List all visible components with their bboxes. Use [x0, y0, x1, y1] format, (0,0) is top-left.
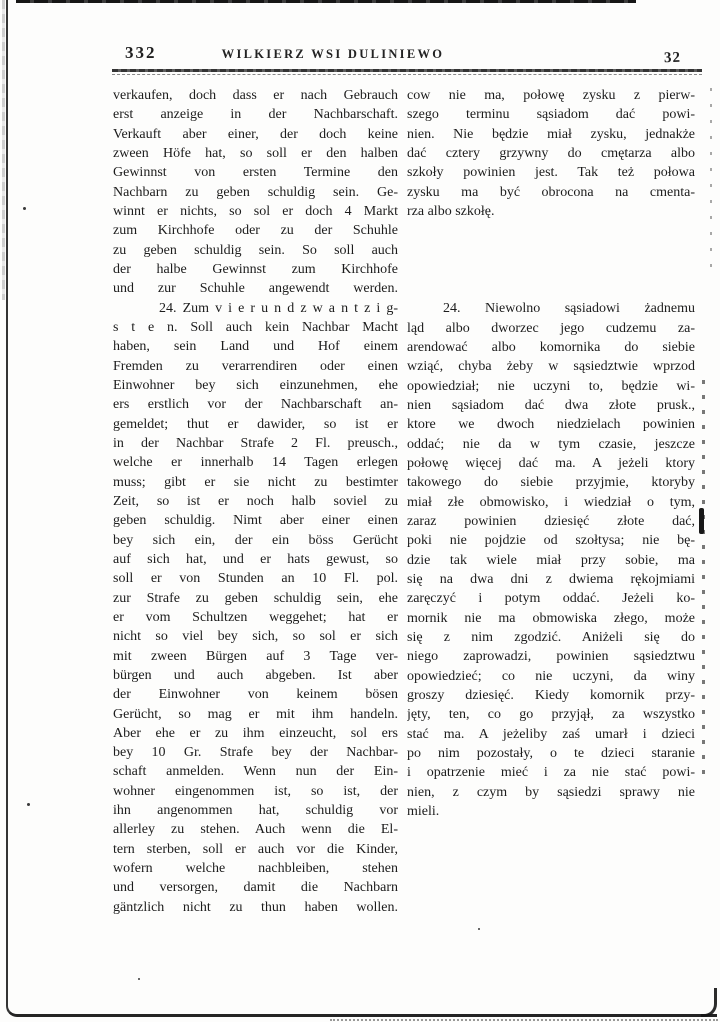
- text-line: geben schuldig. Nimt aber einer einen: [113, 511, 398, 530]
- text-line: Zeit, so ist er noch halb soviel zu: [113, 492, 398, 511]
- text-line: wziąć, chyba żeby w sąsiedztwie wprzod: [407, 357, 695, 376]
- text-line: auf sich hat, und er hats gewust, so: [113, 550, 398, 569]
- text-line: s t e n. Soll auch kein Nachbar Macht: [113, 318, 398, 337]
- page-number-right: 32: [664, 50, 682, 68]
- text-line: der Einwohner von keinem bösen: [113, 685, 398, 704]
- text-line: Gewinnst von ersten Termine den: [113, 163, 398, 182]
- text-line: się z nim zgodzić. Aniżeli się do: [407, 628, 695, 647]
- text-line: zaraz powinien dziesięć złote dać,: [407, 512, 695, 531]
- text-line: Gerücht, so mag er mit ihm handeln.: [113, 705, 398, 724]
- text-line: bürgen und auch abgeben. Ist aber: [113, 666, 398, 685]
- text-line: wofern welche nachbleiben, stehen: [113, 859, 398, 878]
- text-line: gemeldet; thut er dawider, so ist er: [113, 415, 398, 434]
- text-line: po nim pozostały, o te dzieci staranie: [407, 744, 695, 763]
- text-line: cow nie ma, połowę zysku z pierw-: [407, 86, 695, 105]
- text-line: ihn angenommen hat, schuldig vor: [113, 801, 398, 820]
- text-line: arendować albo komornika do siebie: [407, 338, 695, 357]
- scan-dots-bottom: [330, 1019, 718, 1021]
- text-line: bey sich ein, der ein böss Gerücht: [113, 531, 398, 550]
- text-line: ktore we dwoch niedzielach powinien: [407, 415, 695, 434]
- text-line: Einwohner bey sich einzunehmen, ehe: [113, 376, 398, 395]
- text-line: groszy dziesięć. Kiedy komornik przy-: [407, 686, 695, 705]
- text-line: gäntzlich nicht zu thun haben wollen.: [113, 898, 398, 917]
- text-line: verkaufen, doch dass er nach Gebrauch: [113, 86, 398, 105]
- paragraph: cow nie ma, połowę zysku z pierw-szego t…: [407, 86, 695, 221]
- text-line: nien, z czym by sąsiedzi sprawy nie: [407, 783, 695, 802]
- text-line: in der Nachbar Strafe 2 Fl. preusch.,: [113, 434, 398, 453]
- text-line: und versorgen, damit die Nachbarn: [113, 878, 398, 897]
- scanned-book-page: { "header": { "page_number_left": "332",…: [0, 0, 720, 1022]
- scan-speck: [478, 928, 480, 930]
- text-line: szego terminu sąsiadom dać powi-: [407, 105, 695, 124]
- text-line: 24. Niewolno sąsiadowi żadnemu: [407, 299, 695, 318]
- text-line: der halbe Gewinnst zum Kirchhofe: [113, 260, 398, 279]
- text-line: nien. Nie będzie miał zysku, jednakże: [407, 125, 695, 144]
- text-line: soll er von Stunden an 10 Fl. pol.: [113, 569, 398, 588]
- text-line: poki nie pojdzie od szołtysa; nie bę-: [407, 531, 695, 550]
- text-line: ers erstlich vor der Nachbarschaft an-: [113, 395, 398, 414]
- text-line: zum Kirchhofe oder zu der Schuhle: [113, 221, 398, 240]
- text-line: nien sąsiadom dać dwa złote prusk.,: [407, 396, 695, 415]
- scan-edge-fuzz: [2, 0, 5, 300]
- text-line: Verkauft aber einer, der doch keine: [113, 125, 398, 144]
- text-line: ląd albo dworzec jego cudzemu za-: [407, 319, 695, 338]
- scan-speck: [23, 207, 26, 210]
- text-line: mit zween Bürgen auf 3 Tage ver-: [113, 647, 398, 666]
- text-line: połowę więcej dać ma. A jeżeli ktory: [407, 454, 695, 473]
- text-line: 24. Zum v i e r u n d z w a n t z i g-: [113, 299, 398, 318]
- scan-edge-bottom-right-hook: [701, 988, 717, 1017]
- scan-speck: [138, 978, 140, 980]
- scan-speck: [27, 803, 30, 806]
- text-line: schaft anmelden. Wenn nun der Ein-: [113, 762, 398, 781]
- scan-edge-top: [16, 0, 636, 3]
- text-line: szkoły powinien jest. Tak też połowa: [407, 163, 695, 182]
- text-line: opowiedział; nie uczyni to, będzie wi-: [407, 377, 695, 396]
- text-line: zaręczyć i potym oddać. Jeżeli ko-: [407, 589, 695, 608]
- running-head-title: WILKIERZ WSI DULINIEWO: [113, 47, 553, 62]
- text-line: haben, sein Land und Hof einem: [113, 337, 398, 356]
- text-line: niego zaprowadzi, powinien sąsiedztwu: [407, 647, 695, 666]
- text-line: Nachbarn zu geben schuldig sein. Ge-: [113, 183, 398, 202]
- text-line: er vom Schultzen weggehet; hat er: [113, 608, 398, 627]
- text-line: miał złe obmowisko, i wiedział o tym,: [407, 493, 695, 512]
- scan-blob-right: [699, 508, 704, 534]
- text-line: takowego do siebie przyjmie, ktoryby: [407, 473, 695, 492]
- scan-marks-right: [702, 380, 705, 780]
- paragraph: 24. Zum v i e r u n d z w a n t z i g-s …: [113, 299, 398, 918]
- text-line: und zur Schuhle angewendt werden.: [113, 279, 398, 298]
- text-line: muss; gibt er sie nicht zu bestimter: [113, 473, 398, 492]
- paragraph: verkaufen, doch dass er nach Gebrauchers…: [113, 86, 398, 299]
- text-line: mornik nie ma obmowiska złego, może: [407, 609, 695, 628]
- text-line: mieli.: [407, 802, 695, 821]
- text-line: Aber ehe er zu ihm einzeucht, sol ers: [113, 724, 398, 743]
- text-line: allerley zu stehen. Auch wenn die El-: [113, 820, 398, 839]
- text-line: wohner eingenommen ist, so ist, der: [113, 782, 398, 801]
- text-line: zur Strafe zu geben schuldig sein, ehe: [113, 589, 398, 608]
- text-line: Fremden zu verarrendiren oder einen: [113, 357, 398, 376]
- text-line: zysku ma być obrocona na cmenta-: [407, 183, 695, 202]
- paragraph: 24. Niewolno sąsiadowi żadnemuląd albo d…: [407, 299, 695, 821]
- text-line: stać ma. A jeżeliby zaś umarł i dzieci: [407, 725, 695, 744]
- text-line: zu geben schuldig sein. So soll auch: [113, 241, 398, 260]
- text-line: welche er innerhalb 14 Tagen erlegen: [113, 453, 398, 472]
- text-line: dać cztery grzywny do cmętarza albo: [407, 144, 695, 163]
- text-line: zween Höfe hat, so soll er den halben: [113, 144, 398, 163]
- header-rule-dashed: [112, 74, 702, 75]
- text-line: winnt er nichts, so sol er doch 4 Markt: [113, 202, 398, 221]
- text-line: nicht so viel bey sich, so sol er sich: [113, 627, 398, 646]
- text-line: i opatrzenie mieć i za nie stać powi-: [407, 763, 695, 782]
- text-line: dzie tak wiele miał przy sobie, ma: [407, 551, 695, 570]
- text-line: bey 10 Gr. Strafe bey der Nachbar-: [113, 743, 398, 762]
- text-line: opowiedzieć; co nie uczyni, da winy: [407, 667, 695, 686]
- scan-marks-right-upper: [710, 88, 712, 278]
- text-line: erst anzeige in der Nachbarschaft.: [113, 105, 398, 124]
- text-line: rza albo szkołę.: [407, 202, 695, 221]
- text-line: jęty, ten, co go przyjął, za wszystko: [407, 705, 695, 724]
- text-line: tern sterben, soll er auch vor die Kinde…: [113, 840, 398, 859]
- right-text-column: cow nie ma, połowę zysku z pierw-szego t…: [407, 86, 695, 821]
- left-text-column: verkaufen, doch dass er nach Gebrauchers…: [113, 86, 398, 917]
- text-line: oddać; nie da w tym czasie, jeszcze: [407, 435, 695, 454]
- header-rule: [112, 69, 702, 72]
- text-line: się na dwa dni z dwiema rękojmiami: [407, 570, 695, 589]
